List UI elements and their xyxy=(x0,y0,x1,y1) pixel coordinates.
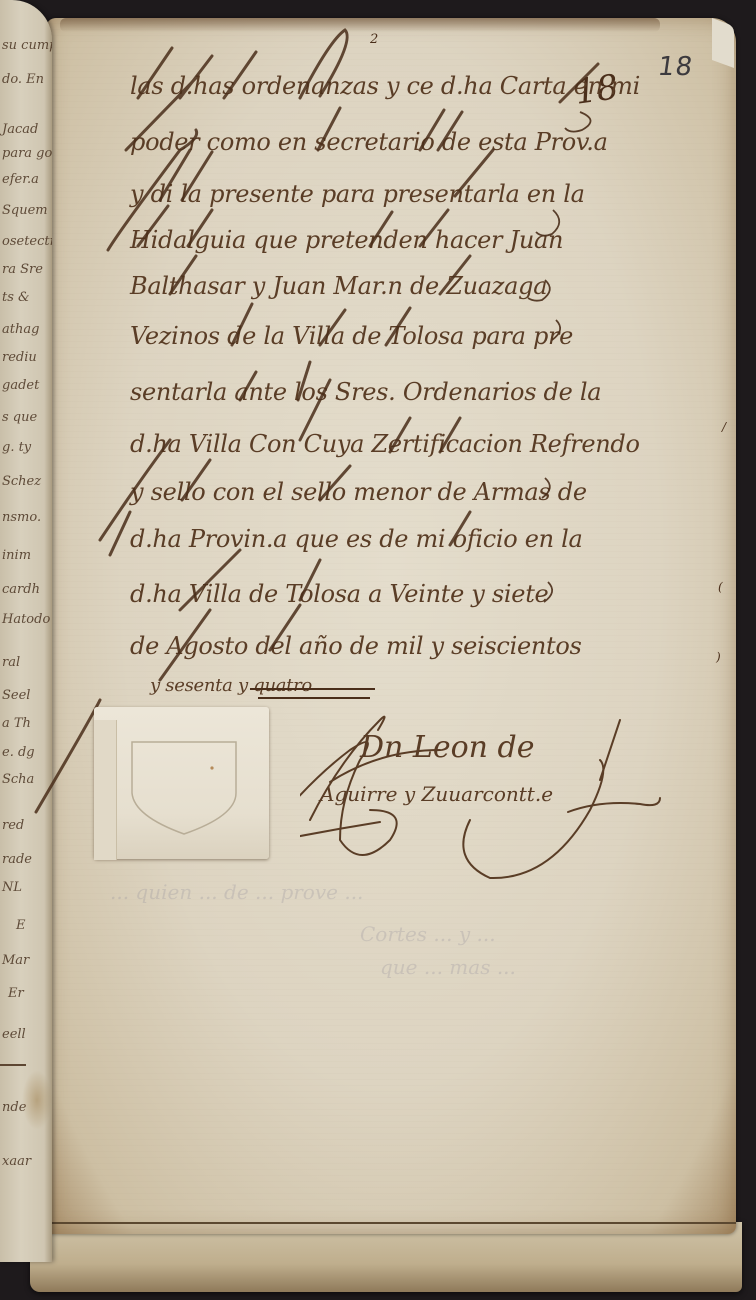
shield-icon xyxy=(130,738,240,838)
edge-mark: / xyxy=(722,420,726,434)
edge-mark: ( xyxy=(718,580,723,594)
signature-line-1: Dn Leon de xyxy=(360,730,534,765)
manuscript-scene: su cump do. En Jacad para go efer.a Sque… xyxy=(0,0,756,1300)
signature-line-2: Aguirre y Zuuarcontt.e xyxy=(320,782,553,806)
seal-fold-tab xyxy=(94,720,117,860)
signature-block: Dn Leon de Aguirre y Zuuarcontt.e xyxy=(300,700,680,880)
pen-flourishes xyxy=(0,0,756,1300)
edge-mark: ) xyxy=(716,650,721,664)
